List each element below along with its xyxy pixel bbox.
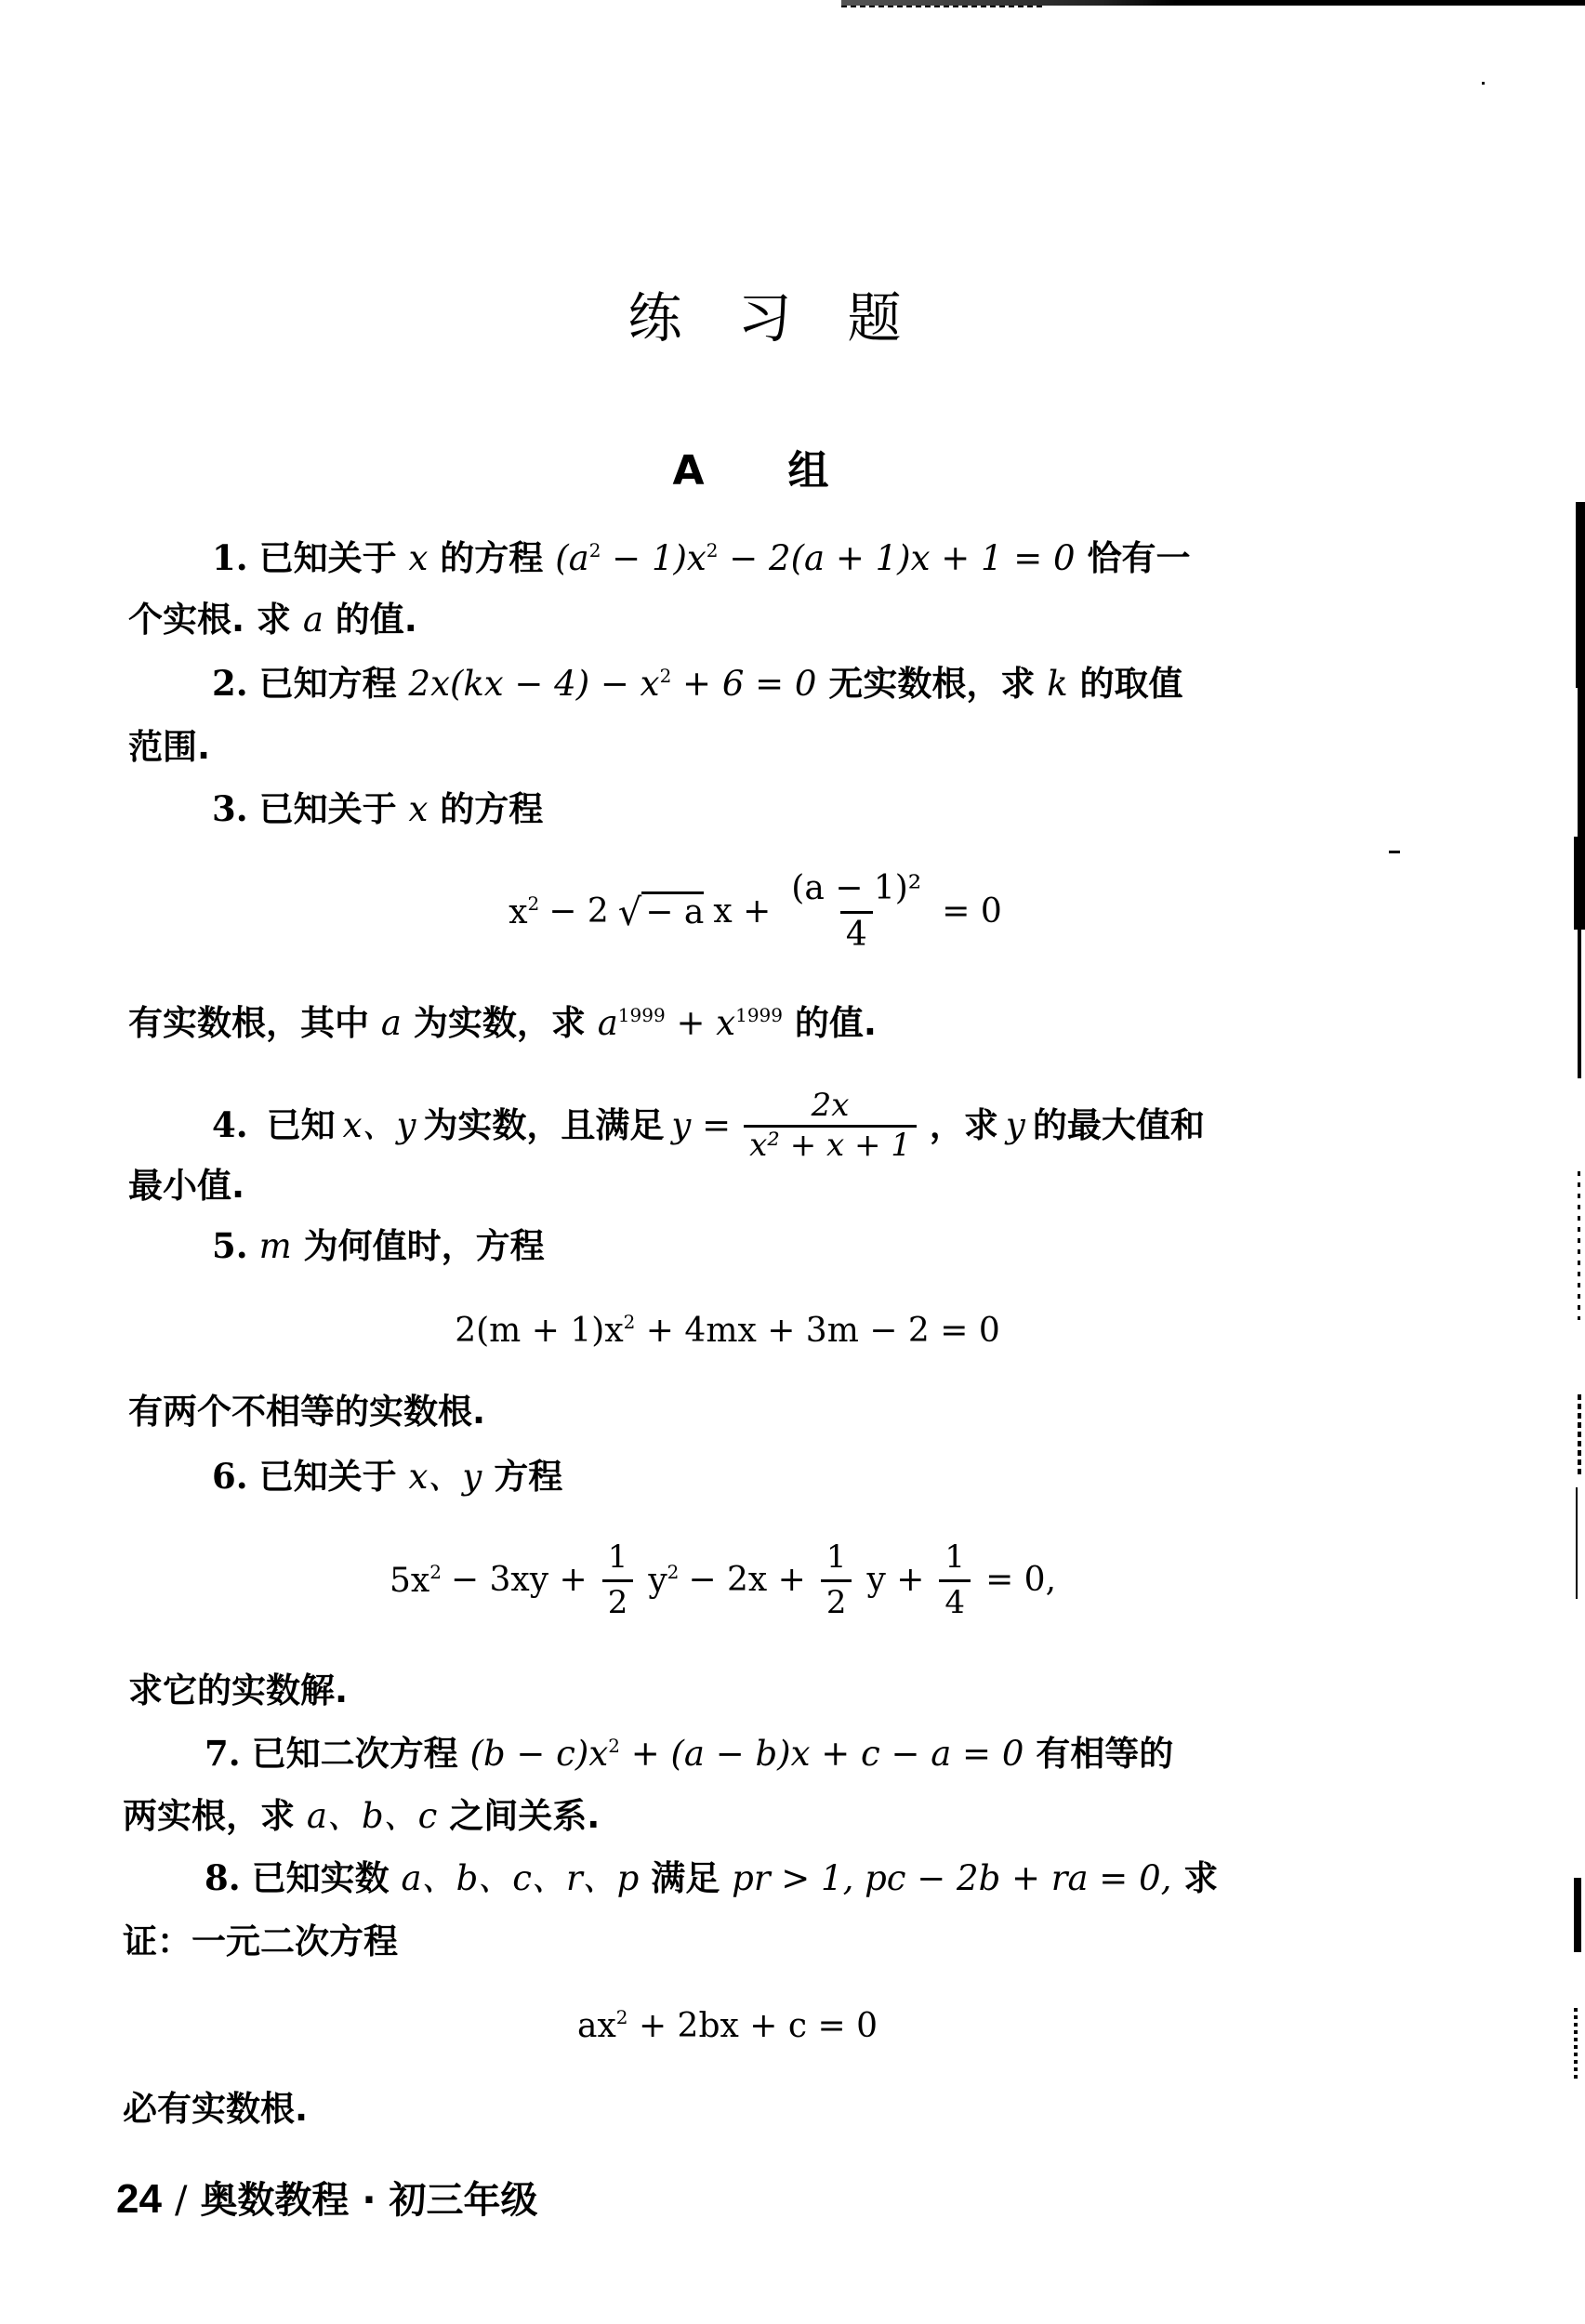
- problem-3-equation: x2 − 2 √− a x + (a − 1)²4 = 0: [0, 869, 1548, 954]
- footer-separator: /: [175, 2179, 187, 2222]
- math: + (a − b)x + c − a = 0: [620, 1734, 1024, 1774]
- denominator: 4: [840, 911, 873, 954]
- text: 为实数，且满足: [423, 1108, 664, 1142]
- math: − 1)x: [601, 538, 706, 578]
- text: 有实数根，其中: [128, 1003, 369, 1043]
- denominator: 2: [821, 1579, 852, 1621]
- problem-5-line-1: 5.m 为何值时，方程: [212, 1229, 545, 1263]
- scan-edge-mark: [1574, 2008, 1578, 2082]
- scan-edge-mark: [1576, 502, 1585, 688]
- text: 已知关于: [259, 1457, 397, 1497]
- text: 范围.: [128, 727, 210, 767]
- text: 两实根，求: [123, 1796, 295, 1836]
- text: 恰有一: [1087, 538, 1190, 578]
- math: 2x(kx − 4) − x: [409, 664, 660, 704]
- text: 的值.: [336, 600, 417, 640]
- problem-8-line-2: 证：一元二次方程: [123, 1924, 398, 1959]
- problem-6-line-1: 6.已知关于 x、y 方程: [212, 1459, 562, 1494]
- problem-8-equation: ax2 + 2bx + c = 0: [0, 2006, 1520, 2045]
- problem-1-line-1: 1.已知关于 x 的方程 (a2 − 1)x2 − 2(a + 1)x + 1 …: [212, 541, 1190, 575]
- scan-speck: [1389, 851, 1400, 853]
- text: 无实数根，求: [828, 664, 1035, 704]
- text: 个实根. 求: [128, 600, 291, 640]
- problem-number: 6.: [212, 1456, 248, 1497]
- math: − 2(a + 1)x + 1 = 0: [719, 538, 1076, 578]
- math: + 2bx + c = 0: [628, 2007, 878, 2045]
- text: 已知方程: [259, 664, 397, 704]
- book-title: 奥数教程 · 初三年级: [200, 2179, 537, 2222]
- denominator: x² + x + 1: [744, 1125, 917, 1161]
- fraction: 12: [821, 1538, 852, 1621]
- math: a: [598, 1003, 618, 1043]
- math: + 4mx + 3m − 2 = 0: [635, 1312, 999, 1350]
- text: 满足: [651, 1858, 720, 1898]
- denominator: 4: [939, 1579, 971, 1621]
- exponent: 2: [707, 539, 719, 561]
- scan-edge-mark: [1574, 837, 1585, 930]
- math-var: a、b、c: [307, 1796, 437, 1836]
- fraction: 14: [939, 1538, 971, 1621]
- text: 的方程: [440, 789, 543, 829]
- math-var: y: [1006, 1108, 1025, 1142]
- numerator: 1: [939, 1538, 971, 1579]
- math: + x: [666, 1003, 735, 1043]
- math-var: x: [409, 538, 429, 578]
- text: 为何值时，方程: [304, 1226, 545, 1266]
- problem-8-line-4: 必有实数根.: [123, 2092, 308, 2126]
- fraction: 12: [602, 1538, 634, 1621]
- math: (b − c)x: [470, 1734, 609, 1774]
- text: 必有实数根.: [123, 2089, 308, 2129]
- scan-edge-mark: [1574, 1878, 1581, 1952]
- math-var: x: [409, 789, 429, 829]
- page-footer: 24/奥数教程 · 初三年级: [116, 2171, 537, 2224]
- exponent: 2: [624, 1311, 636, 1333]
- math: y +: [866, 1561, 924, 1599]
- page-number: 24: [116, 2176, 162, 2222]
- math: − 2: [548, 892, 609, 931]
- math: (a: [555, 538, 589, 578]
- math: − 3xy +: [451, 1561, 588, 1599]
- math: = 0: [942, 892, 1002, 931]
- math: 2(m + 1)x: [455, 1312, 623, 1350]
- scan-border-top-dashes: [841, 6, 1046, 7]
- exponent: 2: [608, 1735, 620, 1757]
- fraction: (a − 1)²4: [786, 869, 927, 954]
- scan-edge-mark: [1578, 1394, 1581, 1478]
- math: pr > 1, pc − 2b + ra = 0,: [732, 1858, 1171, 1898]
- scan-edge-mark: [1578, 688, 1585, 837]
- problem-4-line-1: 4.已知 x、y 为实数，且满足 y = 2xx² + x + 1 ，求 y 的…: [212, 1089, 1205, 1161]
- square-root: √− a: [618, 891, 705, 931]
- exponent: 2: [589, 539, 601, 561]
- math-var: m: [259, 1226, 292, 1266]
- problem-3-line-1: 3.已知关于 x 的方程: [212, 792, 543, 826]
- numerator: 1: [821, 1538, 852, 1579]
- math: ax: [577, 2007, 616, 2045]
- problem-8-line-1: 8.已知实数 a、b、c、r、p 满足 pr > 1, pc − 2b + ra…: [205, 1861, 1218, 1895]
- problem-2-line-2: 范围.: [128, 730, 210, 764]
- math: y: [648, 1562, 667, 1600]
- problem-number: 3.: [212, 788, 248, 829]
- group-heading: A组: [0, 437, 1585, 496]
- text: 方程: [494, 1457, 562, 1497]
- exponent: 2: [667, 1561, 680, 1583]
- text: 已知实数: [252, 1858, 390, 1898]
- math: − 2x +: [688, 1561, 805, 1599]
- math-var: k: [1047, 664, 1067, 704]
- text: 已知: [267, 1108, 336, 1142]
- problem-5-equation: 2(m + 1)x2 + 4mx + 3m − 2 = 0: [0, 1311, 1520, 1350]
- problem-number: 2.: [212, 663, 248, 704]
- text: 求它的实数解.: [128, 1670, 348, 1710]
- numerator: 1: [602, 1538, 634, 1579]
- math: + 6 = 0: [671, 664, 816, 704]
- problem-number: 8.: [205, 1857, 241, 1898]
- numerator: 2x: [806, 1089, 855, 1125]
- problem-number: 1.: [212, 537, 248, 578]
- problem-6-equation: 5x2 − 3xy + 12 y2 − 2x + 12 y + 14 = 0,: [0, 1538, 1515, 1621]
- problem-number: 5.: [212, 1225, 248, 1266]
- text: 最小值.: [128, 1166, 244, 1206]
- text: 有两个不相等的实数根.: [128, 1392, 485, 1432]
- math-var: x、y: [409, 1457, 482, 1497]
- problem-7-line-2: 两实根，求 a、b、c 之间关系.: [123, 1799, 600, 1833]
- problem-number: 7.: [205, 1733, 241, 1774]
- numerator: (a − 1)²: [786, 869, 927, 911]
- text: 的取值: [1080, 664, 1183, 704]
- problem-number: 4.: [212, 1108, 248, 1142]
- exponent: 1999: [735, 1004, 783, 1026]
- problem-6-line-3: 求它的实数解.: [128, 1673, 348, 1708]
- radicand: − a: [641, 891, 704, 931]
- exponent: 1999: [618, 1004, 666, 1026]
- denominator: 2: [602, 1579, 634, 1621]
- scan-edge-mark: [1576, 1487, 1578, 1599]
- scan-speck: [1482, 82, 1485, 85]
- math-var: a: [303, 600, 324, 640]
- math-var: a、b、c、r、p: [402, 1858, 640, 1898]
- page-title: 练习题: [0, 274, 1585, 352]
- exponent: 2: [528, 892, 540, 915]
- text: 求: [1183, 1858, 1218, 1898]
- problem-7-line-1: 7.已知二次方程 (b − c)x2 + (a − b)x + c − a = …: [205, 1736, 1173, 1771]
- scan-edge-mark: [1578, 1171, 1580, 1320]
- problem-2-line-1: 2.已知方程 2x(kx − 4) − x2 + 6 = 0 无实数根，求 k …: [212, 667, 1183, 701]
- text: 的值.: [795, 1003, 877, 1043]
- exponent: 2: [660, 665, 672, 687]
- math: = 0,: [985, 1561, 1056, 1599]
- math: x: [509, 893, 527, 931]
- text: 的方程: [440, 538, 543, 578]
- fraction: 2xx² + x + 1: [744, 1089, 917, 1161]
- exponent: 2: [429, 1561, 442, 1583]
- math-var: x、y: [343, 1108, 416, 1142]
- math-var: a: [381, 1003, 402, 1043]
- text: ，求: [930, 1108, 998, 1142]
- text: 为实数，求: [414, 1003, 586, 1043]
- equation-inline: (a2 − 1)x2 − 2(a + 1)x + 1 = 0: [555, 538, 1075, 578]
- exponent: 2: [616, 2006, 628, 2028]
- scan-edge-mark: [1578, 930, 1581, 1078]
- text: 之间关系.: [449, 1796, 600, 1836]
- text: 的最大值和: [1033, 1108, 1205, 1142]
- text: 已知关于: [259, 789, 397, 829]
- math: y =: [671, 1108, 731, 1142]
- problem-3-line-3: 有实数根，其中 a 为实数，求 a1999 + x1999 的值.: [128, 1006, 877, 1040]
- text: 已知关于: [259, 538, 397, 578]
- text: 有相等的: [1036, 1734, 1173, 1774]
- text: 已知二次方程: [252, 1734, 458, 1774]
- text: 证：一元二次方程: [123, 1921, 398, 1961]
- math: x +: [713, 892, 771, 931]
- math: 5x: [390, 1562, 429, 1600]
- problem-4-line-2: 最小值.: [128, 1169, 244, 1203]
- radical-sign: √: [618, 894, 642, 931]
- problem-1-line-2: 个实根. 求 a 的值.: [128, 602, 417, 637]
- problem-5-line-3: 有两个不相等的实数根.: [128, 1394, 485, 1429]
